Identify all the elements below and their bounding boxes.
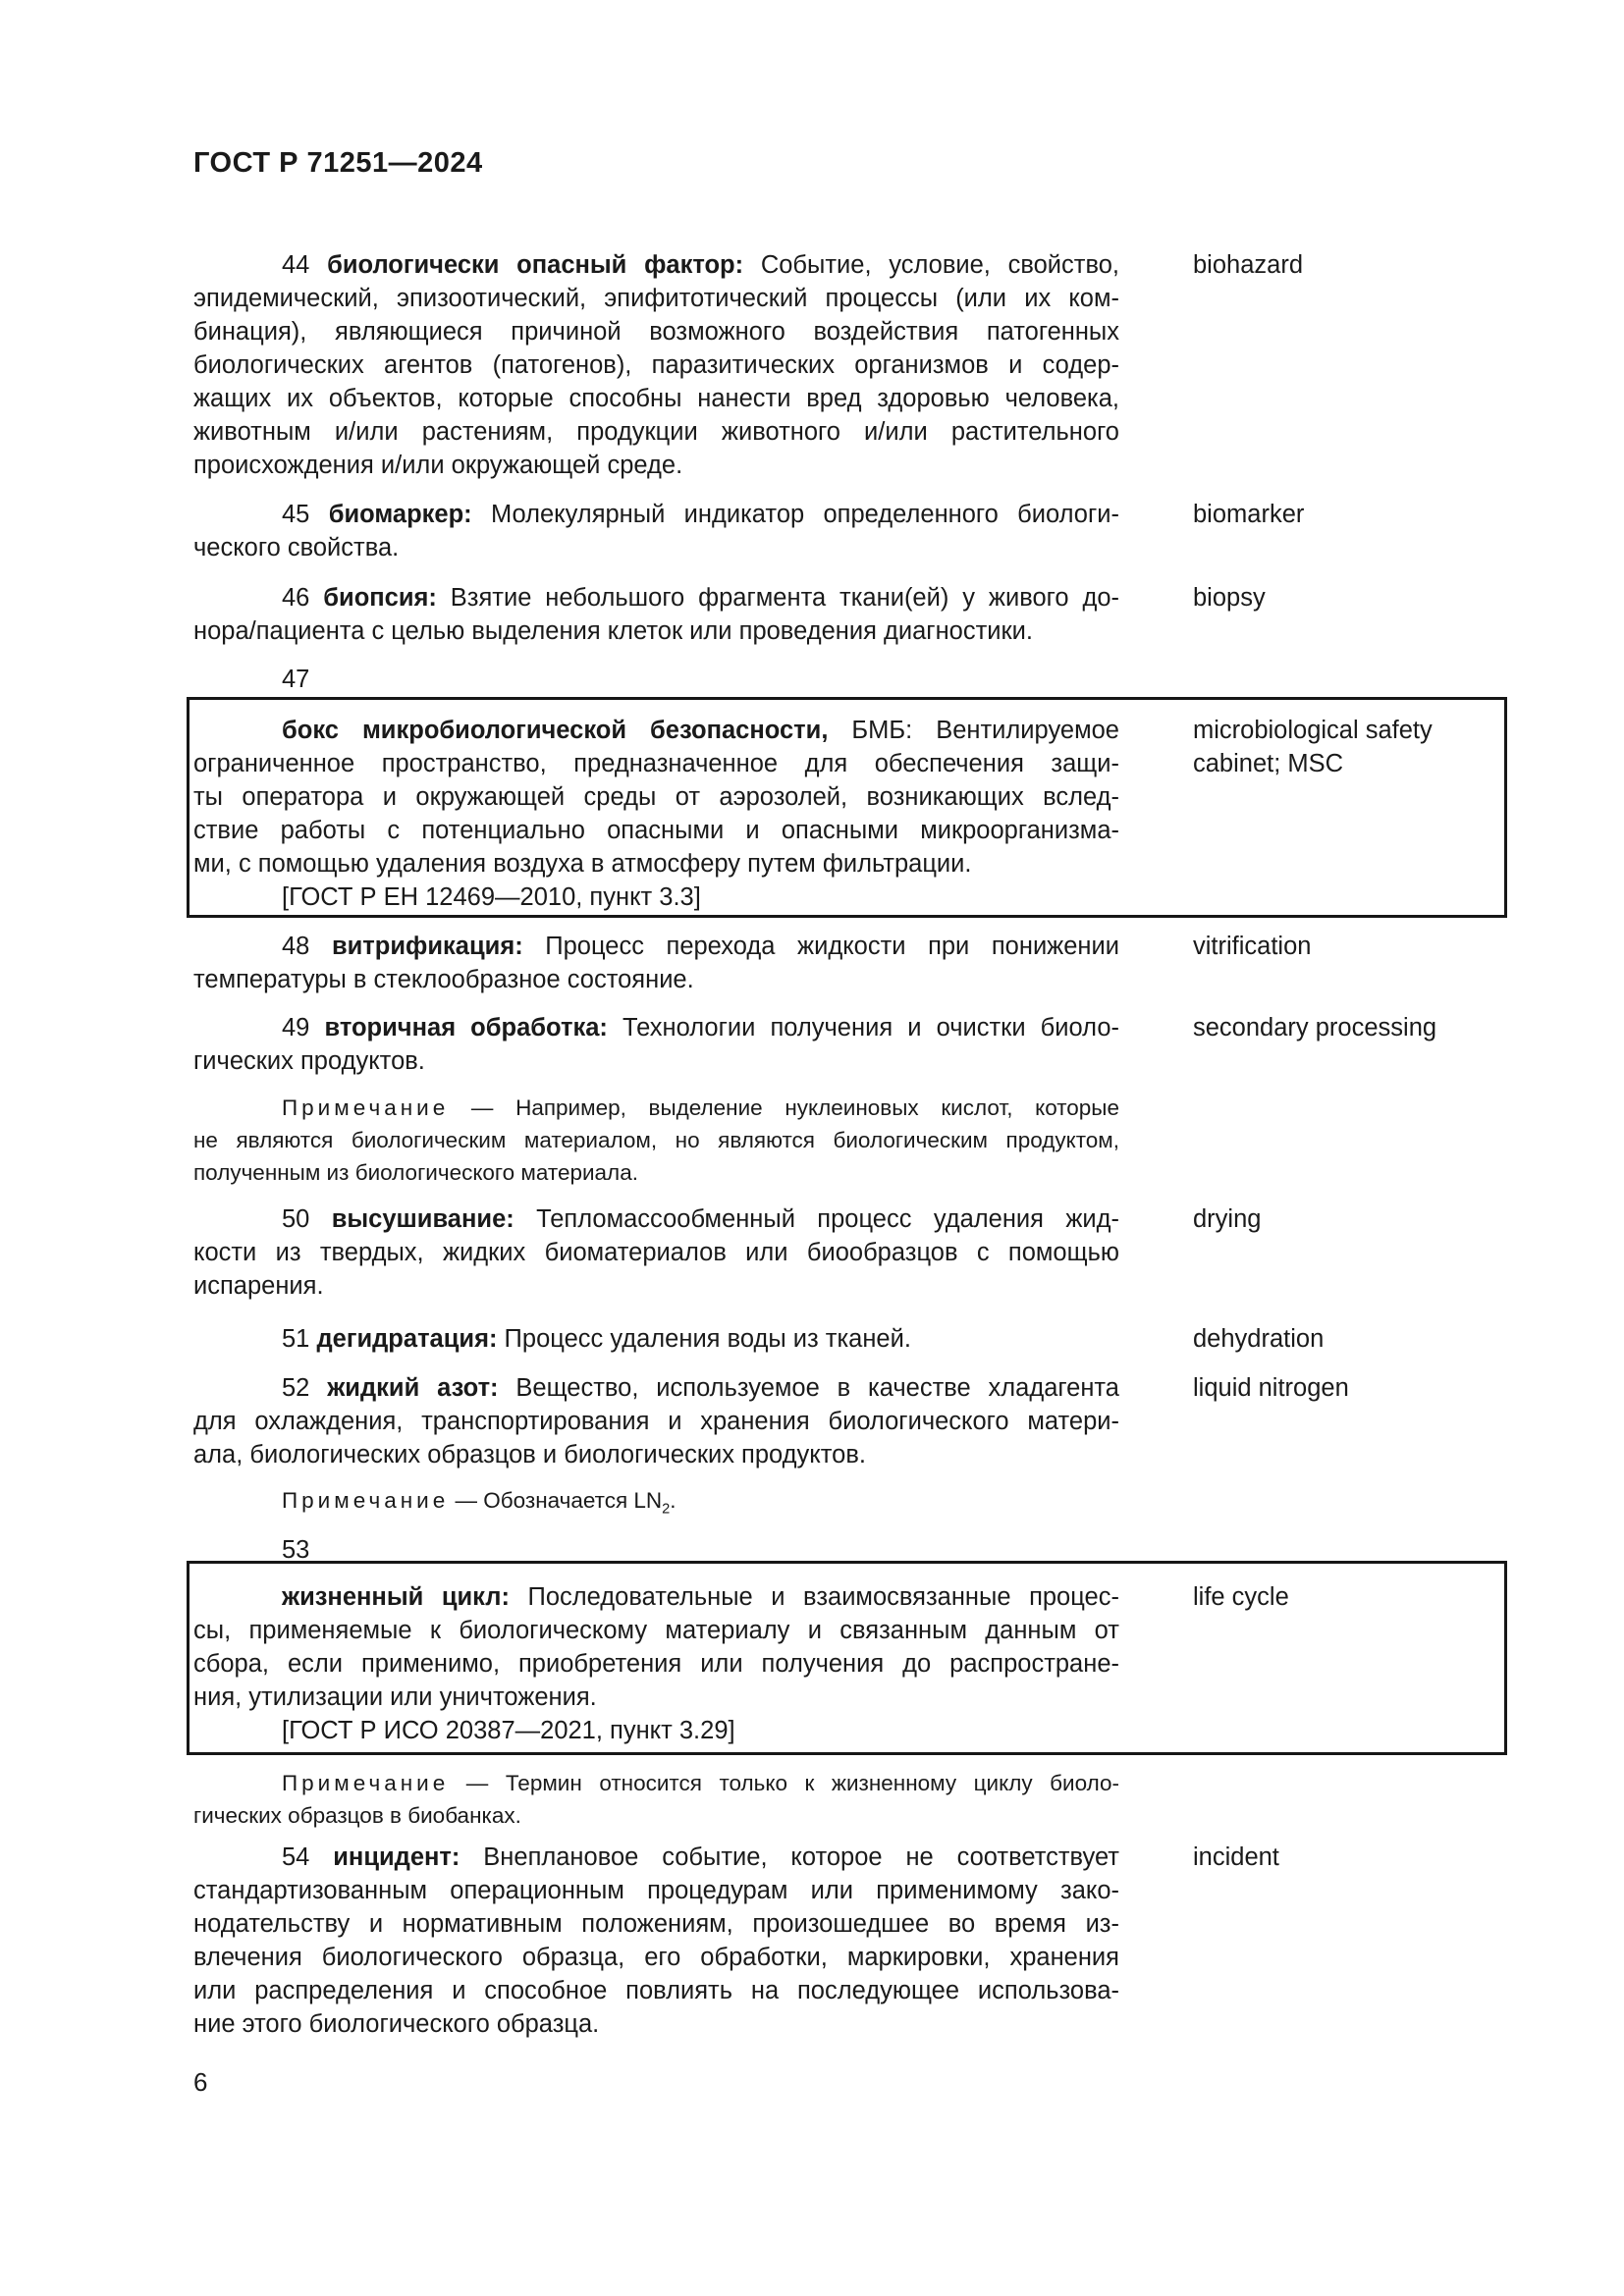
text-line: нодательству и нормативным положениям, п… bbox=[193, 1907, 1119, 1941]
text-line: ты оператора и окружающей среды от аэроз… bbox=[193, 780, 1119, 814]
text-line: жащих их объектов, которые способны нане… bbox=[193, 382, 1119, 415]
definition-entry: бокс микробиологической безопасности, БМ… bbox=[193, 714, 1119, 914]
entry-number: 47 bbox=[282, 666, 309, 693]
english-term: dehydration bbox=[1193, 1322, 1517, 1356]
text-line: ми, с помощью удаления воздуха в атмосфе… bbox=[193, 847, 1119, 881]
definition-entry: 46 биопсия: Взятие небольшого фрагмента … bbox=[193, 581, 1119, 648]
text-line: сы, применяемые к биологическому материа… bbox=[193, 1614, 1119, 1647]
entry-text: Внеплановое событие, которое не соответс… bbox=[460, 1843, 1119, 1871]
english-term-line: life cycle bbox=[1193, 1580, 1517, 1614]
text-line: [ГОСТ Р ЕН 12469—2010, пункт 3.3] bbox=[193, 881, 1119, 914]
english-term-line: biopsy bbox=[1193, 581, 1517, 614]
entry-number: 54 bbox=[282, 1843, 333, 1871]
text-line: 52 жидкий азот: Вещество, используемое в… bbox=[193, 1371, 1119, 1405]
text-line: животным и/или растениям, продукции живо… bbox=[193, 415, 1119, 449]
note: Примечание — Например, выделение нуклеин… bbox=[193, 1092, 1119, 1189]
text-line: температуры в стеклообразное состояние. bbox=[193, 963, 1119, 996]
english-term-line: vitrification bbox=[1193, 930, 1517, 963]
english-term-line: liquid nitrogen bbox=[1193, 1371, 1517, 1405]
text-line: ческого свойства. bbox=[193, 531, 1119, 564]
note: Примечание — Обозначается LN2. bbox=[193, 1484, 1119, 1517]
definition-entry: 52 жидкий азот: Вещество, используемое в… bbox=[193, 1371, 1119, 1471]
text-line: [ГОСТ Р ИСО 20387—2021, пункт 3.29] bbox=[193, 1714, 1119, 1747]
entry-term: высушивание: bbox=[332, 1205, 514, 1233]
entry-number: 45 bbox=[282, 501, 329, 528]
english-term: life cycle bbox=[1193, 1580, 1517, 1614]
text-line: ние этого биологического образца. bbox=[193, 2007, 1119, 2041]
text-line: гических продуктов. bbox=[193, 1044, 1119, 1078]
text-line: гических образцов в биобанках. bbox=[193, 1799, 1119, 1832]
text-line: испарения. bbox=[193, 1269, 1119, 1303]
text-line: сбора, если применимо, приобретения или … bbox=[193, 1647, 1119, 1681]
entry-term: биологически опасный фактор: bbox=[327, 251, 743, 279]
text-line: Примечание — Например, выделение нуклеин… bbox=[193, 1092, 1119, 1124]
note-text: . bbox=[670, 1488, 676, 1513]
text-line: бокс микробиологической безопасности, БМ… bbox=[193, 714, 1119, 747]
text-line: стандартизованным операционным процедура… bbox=[193, 1874, 1119, 1907]
definition-entry: 45 биомаркер: Молекулярный индикатор опр… bbox=[193, 498, 1119, 564]
english-term: microbiological safetycabinet; MSC bbox=[1193, 714, 1517, 780]
english-term: drying bbox=[1193, 1202, 1517, 1236]
text-line: 54 инцидент: Внеплановое событие, которо… bbox=[193, 1841, 1119, 1874]
english-term: biomarker bbox=[1193, 498, 1517, 531]
text-line: ствие работы с потенциально опасными и о… bbox=[193, 814, 1119, 847]
entry-number: 46 bbox=[282, 584, 323, 612]
english-term-line: cabinet; MSC bbox=[1193, 747, 1517, 780]
entry-text: Процесс перехода жидкости при понижении bbox=[523, 933, 1119, 960]
entry-number: 49 bbox=[282, 1014, 324, 1041]
entry-term: дегидратация: bbox=[316, 1325, 497, 1353]
english-term-line: drying bbox=[1193, 1202, 1517, 1236]
entry-term: биомаркер: bbox=[329, 501, 472, 528]
text-line: не являются биологическим материалом, но… bbox=[193, 1124, 1119, 1156]
text-line: ала, биологических образцов и биологичес… bbox=[193, 1438, 1119, 1471]
note-text: — Термин относится только к жизненному ц… bbox=[449, 1771, 1119, 1795]
text-line: 44 биологически опасный фактор: Событие,… bbox=[193, 248, 1119, 282]
entry-number: 52 bbox=[282, 1374, 327, 1402]
text-line: 48 витрификация: Процесс перехода жидкос… bbox=[193, 930, 1119, 963]
english-term-line: incident bbox=[1193, 1841, 1517, 1874]
note-text: — Обозначается LN bbox=[449, 1488, 662, 1513]
english-term: incident bbox=[1193, 1841, 1517, 1874]
text-line: 51 дегидратация: Процесс удаления воды и… bbox=[193, 1322, 1119, 1356]
entry-term: жизненный цикл: bbox=[282, 1583, 510, 1611]
entry-number: 51 bbox=[282, 1325, 316, 1353]
note-label: Примечание bbox=[282, 1095, 449, 1120]
definition-entry: 44 биологически опасный фактор: Событие,… bbox=[193, 248, 1119, 482]
text-line: биологических агентов (патогенов), параз… bbox=[193, 348, 1119, 382]
entry-number: 53 bbox=[282, 1536, 309, 1564]
entry-text: Процесс удаления воды из тканей. bbox=[497, 1325, 910, 1353]
text-line: жизненный цикл: Последовательные и взаим… bbox=[193, 1580, 1119, 1614]
entry-term: бокс микробиологической безопасности, bbox=[282, 717, 828, 744]
text-line: 45 биомаркер: Молекулярный индикатор опр… bbox=[193, 498, 1119, 531]
definition-entry: 50 высушивание: Тепломассообменный проце… bbox=[193, 1202, 1119, 1303]
entry-term: инцидент: bbox=[333, 1843, 460, 1871]
note-label: Примечание bbox=[282, 1488, 449, 1513]
text-line: происхождения и/или окружающей среде. bbox=[193, 449, 1119, 482]
text-line: 50 высушивание: Тепломассообменный проце… bbox=[193, 1202, 1119, 1236]
page-number: 6 bbox=[193, 2067, 207, 2098]
entry-text: Вещество, используемое в качестве хладаг… bbox=[499, 1374, 1119, 1402]
english-term: liquid nitrogen bbox=[1193, 1371, 1517, 1405]
entry-term: вторичная обработка: bbox=[324, 1014, 607, 1041]
text-line: нора/пациента с целью выделения клеток и… bbox=[193, 614, 1119, 648]
text-line: 47 bbox=[193, 663, 1119, 696]
note-text: — Например, выделение нуклеиновых кислот… bbox=[449, 1095, 1119, 1120]
text-line: Примечание — Обозначается LN2. bbox=[193, 1484, 1119, 1517]
definition-entry: 49 вторичная обработка: Технологии получ… bbox=[193, 1011, 1119, 1078]
entry-number: 48 bbox=[282, 933, 332, 960]
entry-term: биопсия: bbox=[323, 584, 437, 612]
text-line: влечения биологического образца, его обр… bbox=[193, 1941, 1119, 1974]
definition-entry: 54 инцидент: Внеплановое событие, которо… bbox=[193, 1841, 1119, 2041]
english-term: biohazard bbox=[1193, 248, 1517, 282]
text-line: 49 вторичная обработка: Технологии получ… bbox=[193, 1011, 1119, 1044]
text-line: Примечание — Термин относится только к ж… bbox=[193, 1767, 1119, 1799]
entry-number: 50 bbox=[282, 1205, 332, 1233]
english-term-line: dehydration bbox=[1193, 1322, 1517, 1356]
text-line: эпидемический, эпизоотический, эпифитоти… bbox=[193, 282, 1119, 315]
entry-term: витрификация: bbox=[332, 933, 523, 960]
english-term-line: biohazard bbox=[1193, 248, 1517, 282]
text-line: ния, утилизации или уничтожения. bbox=[193, 1681, 1119, 1714]
entry-text: Молекулярный индикатор определенного био… bbox=[472, 501, 1119, 528]
text-line: бинация), являющиеся причиной возможного… bbox=[193, 315, 1119, 348]
english-term: secondary processing bbox=[1193, 1011, 1517, 1044]
english-term-line: microbiological safety bbox=[1193, 714, 1517, 747]
definition-entry: 51 дегидратация: Процесс удаления воды и… bbox=[193, 1322, 1119, 1356]
english-term-line: secondary processing bbox=[1193, 1011, 1517, 1044]
english-term: biopsy bbox=[1193, 581, 1517, 614]
entry-text: Событие, условие, свойство, bbox=[743, 251, 1119, 279]
text-line: полученным из биологического материала. bbox=[193, 1156, 1119, 1189]
english-term: vitrification bbox=[1193, 930, 1517, 963]
document-page: ГОСТ Р 71251—2024 6 44 биологически опас… bbox=[0, 0, 1624, 2296]
definition-entry: 48 витрификация: Процесс перехода жидкос… bbox=[193, 930, 1119, 996]
entry-text: Взятие небольшого фрагмента ткани(ей) у … bbox=[437, 584, 1119, 612]
text-line: 46 биопсия: Взятие небольшого фрагмента … bbox=[193, 581, 1119, 614]
note-label: Примечание bbox=[282, 1771, 449, 1795]
text-line: для охлаждения, транспортирования и хран… bbox=[193, 1405, 1119, 1438]
text-line: ограниченное пространство, предназначенн… bbox=[193, 747, 1119, 780]
entry-text: БМБ: Вентилируемое bbox=[828, 717, 1119, 744]
entry-text: Технологии получения и очистки биоло- bbox=[608, 1014, 1119, 1041]
term-number-line: 47 bbox=[193, 663, 1119, 696]
document-header: ГОСТ Р 71251—2024 bbox=[193, 147, 483, 180]
text-line: кости из твердых, жидких биоматериалов и… bbox=[193, 1236, 1119, 1269]
note: Примечание — Термин относится только к ж… bbox=[193, 1767, 1119, 1832]
entry-text: Тепломассообменный процесс удаления жид- bbox=[514, 1205, 1119, 1233]
text-line: или распределения и способное повлиять н… bbox=[193, 1974, 1119, 2007]
entry-text: Последовательные и взаимосвязанные проце… bbox=[510, 1583, 1119, 1611]
entry-number: 44 bbox=[282, 251, 327, 279]
entry-term: жидкий азот: bbox=[327, 1374, 498, 1402]
english-term-line: biomarker bbox=[1193, 498, 1517, 531]
definition-entry: жизненный цикл: Последовательные и взаим… bbox=[193, 1580, 1119, 1747]
